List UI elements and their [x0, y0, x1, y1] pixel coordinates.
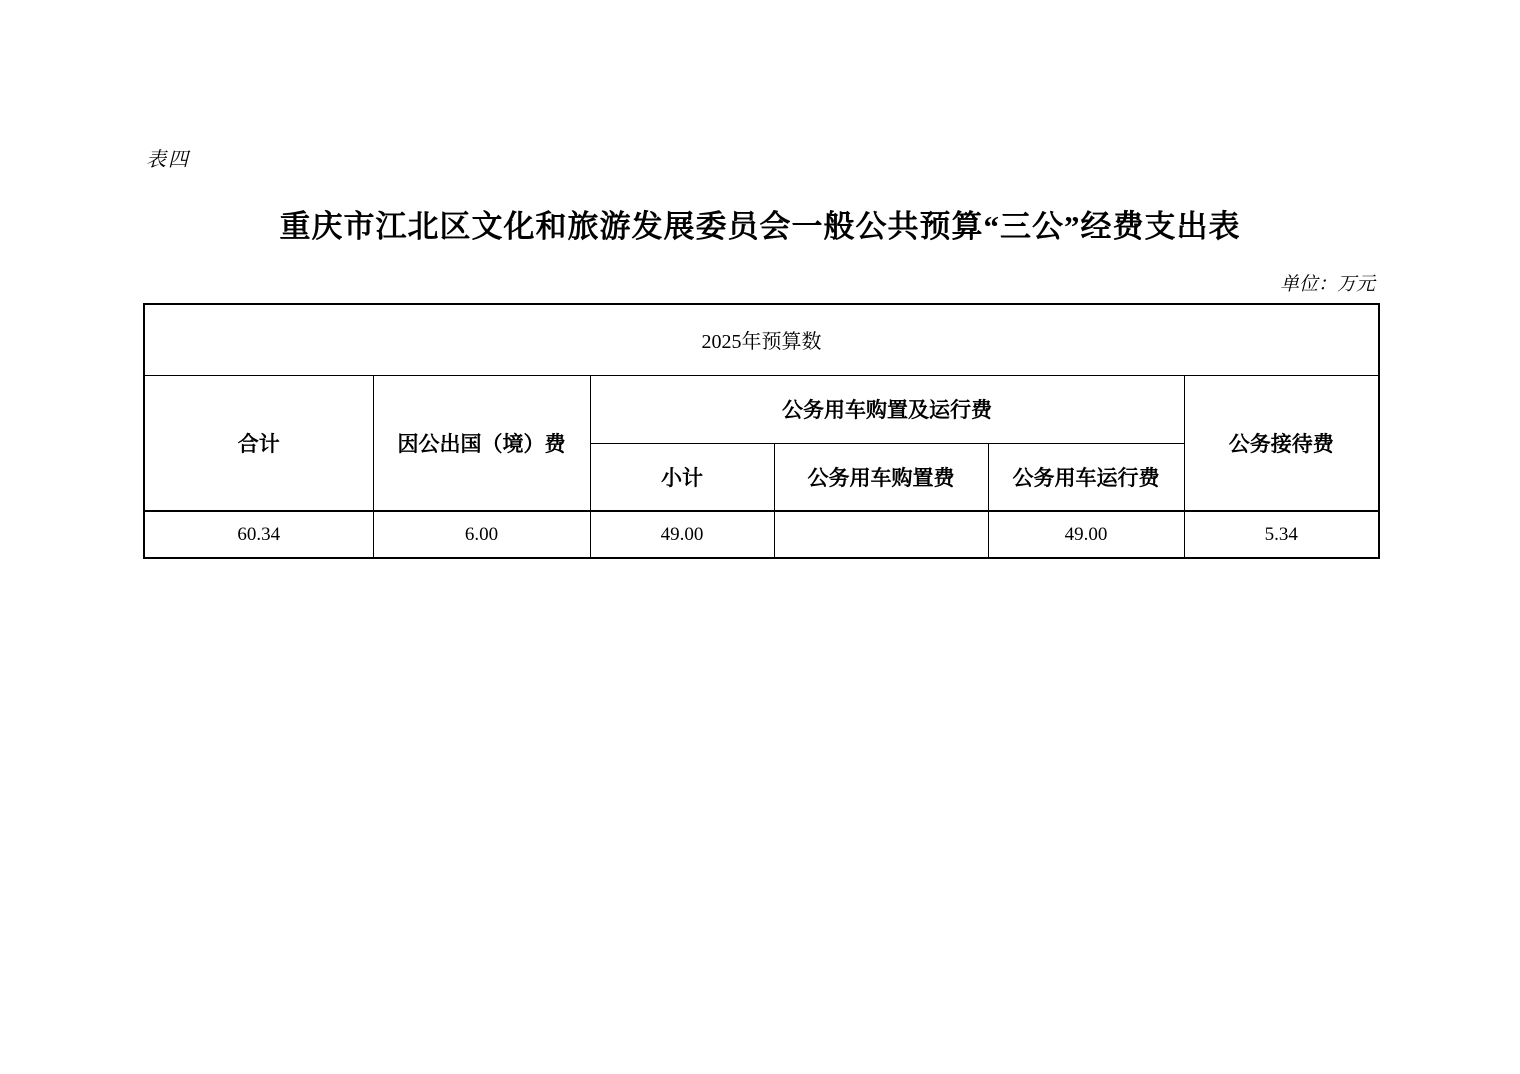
table-row: 2025年预算数: [144, 304, 1379, 375]
year-header-cell: 2025年预算数: [144, 304, 1379, 375]
value-vehicle-subtotal: 49.00: [590, 511, 774, 558]
budget-table: 2025年预算数 合计 因公出国（境）费 公务用车购置及运行费 公务接待费 小计…: [143, 303, 1380, 559]
value-abroad-fee: 6.00: [373, 511, 590, 558]
header-vehicle-subtotal: 小计: [590, 443, 774, 511]
unit-note: 单位：万元: [1280, 269, 1375, 296]
header-vehicle-group: 公务用车购置及运行费: [590, 375, 1184, 443]
header-vehicle-purchase: 公务用车购置费: [774, 443, 988, 511]
table-row: 60.34 6.00 49.00 49.00 5.34: [144, 511, 1379, 558]
value-vehicle-operation: 49.00: [988, 511, 1184, 558]
value-vehicle-purchase: [774, 511, 988, 558]
table-row: 合计 因公出国（境）费 公务用车购置及运行费 公务接待费: [144, 375, 1379, 443]
table-number-label: 表四: [146, 143, 190, 172]
header-vehicle-operation: 公务用车运行费: [988, 443, 1184, 511]
page-title: 重庆市江北区文化和旅游发展委员会一般公共预算“三公”经费支出表: [0, 201, 1520, 246]
value-reception-fee: 5.34: [1184, 511, 1379, 558]
value-total: 60.34: [144, 511, 373, 558]
header-total: 合计: [144, 375, 373, 511]
header-reception-fee: 公务接待费: [1184, 375, 1379, 511]
header-abroad-fee: 因公出国（境）费: [373, 375, 590, 511]
document-page: 表四 重庆市江北区文化和旅游发展委员会一般公共预算“三公”经费支出表 单位：万元…: [0, 0, 1520, 1074]
